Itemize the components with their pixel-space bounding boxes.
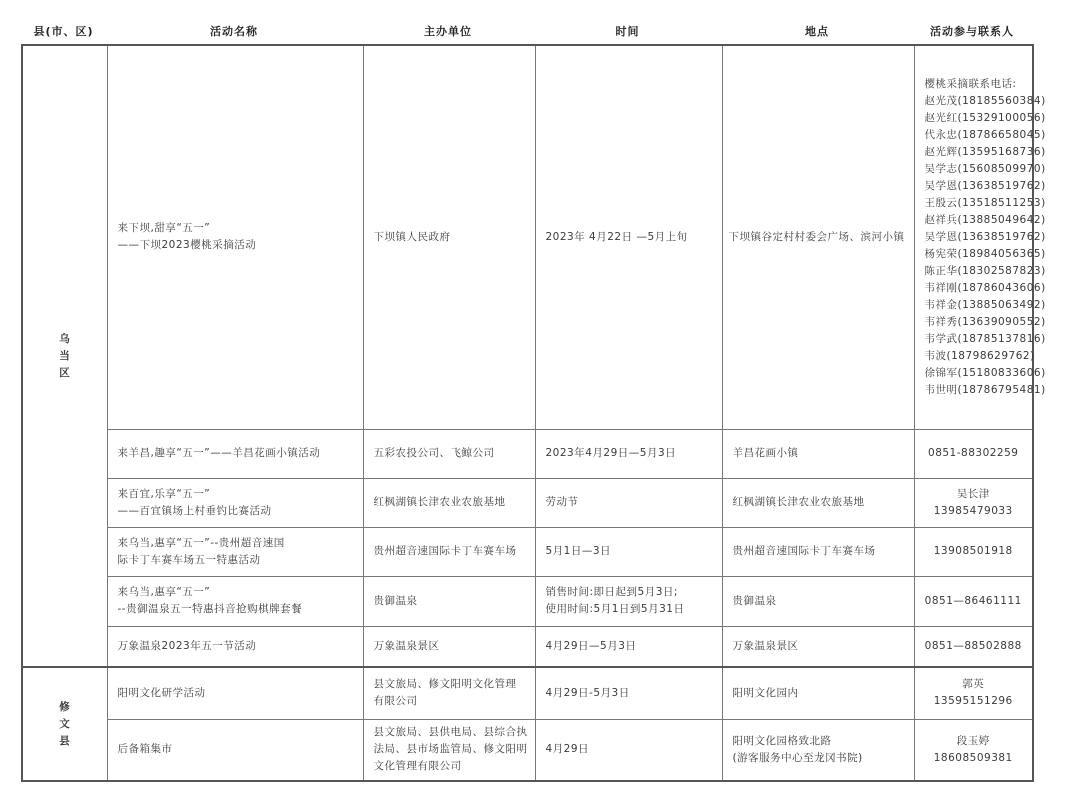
activity-name-line: ——百宜镇场上村垂钓比赛活动 bbox=[118, 503, 353, 520]
contact-entry: 陈正华(18302587823) bbox=[925, 263, 1023, 280]
time-cell: 4月29日-5月3日 bbox=[535, 667, 722, 719]
activity-name-line: 来下坝,甜享“五一” bbox=[118, 220, 353, 237]
table-row: 乌 当 区 来下坝,甜享“五一” ——下坝2023樱桃采摘活动 下坝镇人民政府 … bbox=[22, 45, 1033, 429]
district-cell-wudang: 乌 当 区 bbox=[22, 45, 107, 667]
time-line: 2023年4月29日—5月3日 bbox=[546, 445, 712, 462]
table-row: 来羊昌,趣享“五一”——羊昌花画小镇活动 五彩农投公司、飞鲸公司 2023年4月… bbox=[22, 429, 1033, 478]
contact-entry: 赵祥兵(13885049642) bbox=[925, 212, 1023, 229]
contact-entry: 韦世明(18786795481) bbox=[925, 382, 1023, 399]
activity-name-cell: 后备箱集市 bbox=[107, 719, 363, 781]
location-line: 红枫湖镇长津农业农旅基地 bbox=[733, 494, 904, 511]
contact-title: 樱桃采摘联系电话: bbox=[925, 76, 1023, 93]
activity-name-line: 来乌当,惠享“五一”--贵州超音速国 bbox=[118, 535, 353, 552]
contact-entry: 杨宪荣(18984056365) bbox=[925, 246, 1023, 263]
time-cell: 2023年 4月22日 —5月上旬 bbox=[535, 45, 722, 429]
contact-entry: 韦学武(18785137816) bbox=[925, 331, 1023, 348]
header-district: 县(市、区) bbox=[21, 18, 106, 44]
organizer-line: 县文旅局、县供电局、县综合执 bbox=[374, 724, 525, 741]
time-cell: 4月29日—5月3日 bbox=[535, 626, 722, 667]
organizer-cell: 县文旅局、县供电局、县综合执 法局、县市场监管局、修文阳明 文化管理有限公司 bbox=[363, 719, 535, 781]
location-cell: 贵州超音速国际卡丁车赛车场 bbox=[722, 527, 914, 576]
location-line: (游客服务中心至龙冈书院) bbox=[733, 750, 904, 767]
contact-entry: 赵光红(15329100056) bbox=[925, 110, 1023, 127]
time-line: 使用时间:5月1日到5月31日 bbox=[546, 601, 712, 618]
contact-entry: 赵光茂(18185560384) bbox=[925, 93, 1023, 110]
location-cell: 贵御温泉 bbox=[722, 576, 914, 626]
location-cell: 羊昌花画小镇 bbox=[722, 429, 914, 478]
district-char: 区 bbox=[33, 365, 97, 382]
time-line: 2023年 4月22日 —5月上旬 bbox=[546, 229, 712, 246]
table-row: 来乌当,惠享“五一”--贵州超音速国 际卡丁车赛车场五一特惠活动 贵州超音速国际… bbox=[22, 527, 1033, 576]
contact-entry: 王殷云(13518511253) bbox=[925, 195, 1023, 212]
district-char: 当 bbox=[33, 348, 97, 365]
table-row: 来乌当,惠享“五一” --贵御温泉五一特惠抖音抢购棋牌套餐 贵御温泉 销售时间:… bbox=[22, 576, 1033, 626]
header-organizer: 主办单位 bbox=[362, 18, 534, 44]
location-line: 阳明文化园内 bbox=[733, 685, 904, 702]
location-line: 贵御温泉 bbox=[733, 593, 904, 610]
time-line: 4月29日-5月3日 bbox=[546, 685, 712, 702]
table-row: 来百宜,乐享“五一” ——百宜镇场上村垂钓比赛活动 红枫湖镇长津农业农旅基地 劳… bbox=[22, 478, 1033, 527]
organizer-cell: 万象温泉景区 bbox=[363, 626, 535, 667]
contact-entry: 韦祥金(13885063492) bbox=[925, 297, 1023, 314]
time-line: 销售时间:即日起到5月3日; bbox=[546, 584, 712, 601]
location-cell: 阳明文化园内 bbox=[722, 667, 914, 719]
time-cell: 劳动节 bbox=[535, 478, 722, 527]
organizer-cell: 红枫湖镇长津农业农旅基地 bbox=[363, 478, 535, 527]
time-line: 劳动节 bbox=[546, 494, 712, 511]
time-cell: 2023年4月29日—5月3日 bbox=[535, 429, 722, 478]
activity-name-line: ——下坝2023樱桃采摘活动 bbox=[118, 237, 353, 254]
location-line: 羊昌花画小镇 bbox=[733, 445, 904, 462]
organizer-cell: 下坝镇人民政府 bbox=[363, 45, 535, 429]
contact-entry: 韦波(18798629762) bbox=[925, 348, 1023, 365]
table-row: 万象温泉2023年五一节活动 万象温泉景区 4月29日—5月3日 万象温泉景区 … bbox=[22, 626, 1033, 667]
table-row: 后备箱集市 县文旅局、县供电局、县综合执 法局、县市场监管局、修文阳明 文化管理… bbox=[22, 719, 1033, 781]
contact-cell: 0851-88302259 bbox=[914, 429, 1033, 478]
location-cell: 万象温泉景区 bbox=[722, 626, 914, 667]
district-char: 文 bbox=[33, 716, 97, 733]
activity-name-line: 际卡丁车赛车场五一特惠活动 bbox=[118, 552, 353, 569]
location-line: 万象温泉景区 bbox=[733, 638, 904, 655]
activity-name-cell: 来乌当,惠享“五一” --贵御温泉五一特惠抖音抢购棋牌套餐 bbox=[107, 576, 363, 626]
activity-name-line: 来百宜,乐享“五一” bbox=[118, 486, 353, 503]
activity-name-line: 万象温泉2023年五一节活动 bbox=[118, 638, 353, 655]
district-cell-xiuwen: 修 文 县 bbox=[22, 667, 107, 781]
organizer-line: 法局、县市场监管局、修文阳明 bbox=[374, 741, 525, 758]
time-line: 4月29日—5月3日 bbox=[546, 638, 712, 655]
location-cell: 下坝镇谷定村村委会广场、滨河小镇 bbox=[722, 45, 914, 429]
contact-entry: 韦祥刚(18786043606) bbox=[925, 280, 1023, 297]
header-location: 地点 bbox=[721, 18, 913, 44]
header-time: 时间 bbox=[534, 18, 721, 44]
activity-name-line: 来羊昌,趣享“五一”——羊昌花画小镇活动 bbox=[118, 445, 353, 462]
organizer-line: 有限公司 bbox=[374, 693, 525, 710]
organizer-cell: 五彩农投公司、飞鲸公司 bbox=[363, 429, 535, 478]
organizer-line: 贵御温泉 bbox=[374, 593, 525, 610]
location-line: 下坝镇谷定村村委会广场、滨河小镇 bbox=[729, 229, 908, 246]
time-cell: 销售时间:即日起到5月3日; 使用时间:5月1日到5月31日 bbox=[535, 576, 722, 626]
contact-entry: 徐锦军(15180833606) bbox=[925, 365, 1023, 382]
time-line: 4月29日 bbox=[546, 741, 712, 758]
time-cell: 5月1日—3日 bbox=[535, 527, 722, 576]
time-line: 5月1日—3日 bbox=[546, 543, 712, 560]
activity-name-line: --贵御温泉五一特惠抖音抢购棋牌套餐 bbox=[118, 601, 353, 618]
activity-name-cell: 阳明文化研学活动 bbox=[107, 667, 363, 719]
header-contact: 活动参与联系人 bbox=[913, 18, 1031, 44]
contact-entry: 吴学恩(13638519762) bbox=[925, 178, 1023, 195]
activity-name-cell: 来乌当,惠享“五一”--贵州超音速国 际卡丁车赛车场五一特惠活动 bbox=[107, 527, 363, 576]
organizer-line: 万象温泉景区 bbox=[374, 638, 525, 655]
contact-cell: 吴长津 13985479033 bbox=[914, 478, 1033, 527]
organizer-line: 红枫湖镇长津农业农旅基地 bbox=[374, 494, 525, 511]
location-line: 阳明文化园格致北路 bbox=[733, 733, 904, 750]
district-char: 修 bbox=[33, 699, 97, 716]
location-line: 贵州超音速国际卡丁车赛车场 bbox=[733, 543, 904, 560]
location-cell: 阳明文化园格致北路 (游客服务中心至龙冈书院) bbox=[722, 719, 914, 781]
activity-name-cell: 来百宜,乐享“五一” ——百宜镇场上村垂钓比赛活动 bbox=[107, 478, 363, 527]
organizer-cell: 县文旅局、修文阳明文化管理 有限公司 bbox=[363, 667, 535, 719]
contact-entry: 代永忠(18786658045) bbox=[925, 127, 1023, 144]
table-row: 修 文 县 阳明文化研学活动 县文旅局、修文阳明文化管理 有限公司 4月29日-… bbox=[22, 667, 1033, 719]
organizer-line: 下坝镇人民政府 bbox=[374, 229, 525, 246]
activity-name-cell: 万象温泉2023年五一节活动 bbox=[107, 626, 363, 667]
contact-cell: 郭英 13595151296 bbox=[914, 667, 1033, 719]
location-cell: 红枫湖镇长津农业农旅基地 bbox=[722, 478, 914, 527]
table-header: 县(市、区) 活动名称 主办单位 时间 地点 活动参与联系人 bbox=[21, 18, 1031, 44]
header-activity-name: 活动名称 bbox=[106, 18, 362, 44]
contact-cell: 13908501918 bbox=[914, 527, 1033, 576]
activity-name-line: 阳明文化研学活动 bbox=[118, 685, 353, 702]
district-char: 乌 bbox=[33, 331, 97, 348]
contact-entry: 韦祥秀(13639090552) bbox=[925, 314, 1023, 331]
activity-table: 乌 当 区 来下坝,甜享“五一” ——下坝2023樱桃采摘活动 下坝镇人民政府 … bbox=[21, 44, 1034, 782]
organizer-line: 文化管理有限公司 bbox=[374, 758, 525, 775]
district-char: 县 bbox=[33, 733, 97, 750]
activity-name-line: 来乌当,惠享“五一” bbox=[118, 584, 353, 601]
contact-entry: 吴学志(15608509970) bbox=[925, 161, 1023, 178]
activity-name-cell: 来羊昌,趣享“五一”——羊昌花画小镇活动 bbox=[107, 429, 363, 478]
organizer-cell: 贵州超音速国际卡丁车赛车场 bbox=[363, 527, 535, 576]
time-cell: 4月29日 bbox=[535, 719, 722, 781]
organizer-line: 五彩农投公司、飞鲸公司 bbox=[374, 445, 525, 462]
contact-cell: 段玉婷 18608509381 bbox=[914, 719, 1033, 781]
contact-cell: 0851—86461111 bbox=[914, 576, 1033, 626]
contact-entry: 赵光辉(13595168736) bbox=[925, 144, 1023, 161]
activity-name-line: 后备箱集市 bbox=[118, 741, 353, 758]
contact-cell: 0851—88502888 bbox=[914, 626, 1033, 667]
activity-name-cell: 来下坝,甜享“五一” ——下坝2023樱桃采摘活动 bbox=[107, 45, 363, 429]
organizer-cell: 贵御温泉 bbox=[363, 576, 535, 626]
contact-entry: 吴学恩(13638519762) bbox=[925, 229, 1023, 246]
organizer-line: 贵州超音速国际卡丁车赛车场 bbox=[374, 543, 525, 560]
organizer-line: 县文旅局、修文阳明文化管理 bbox=[374, 676, 525, 693]
contact-list-cell: 樱桃采摘联系电话: 赵光茂(18185560384) 赵光红(153291000… bbox=[914, 45, 1033, 429]
